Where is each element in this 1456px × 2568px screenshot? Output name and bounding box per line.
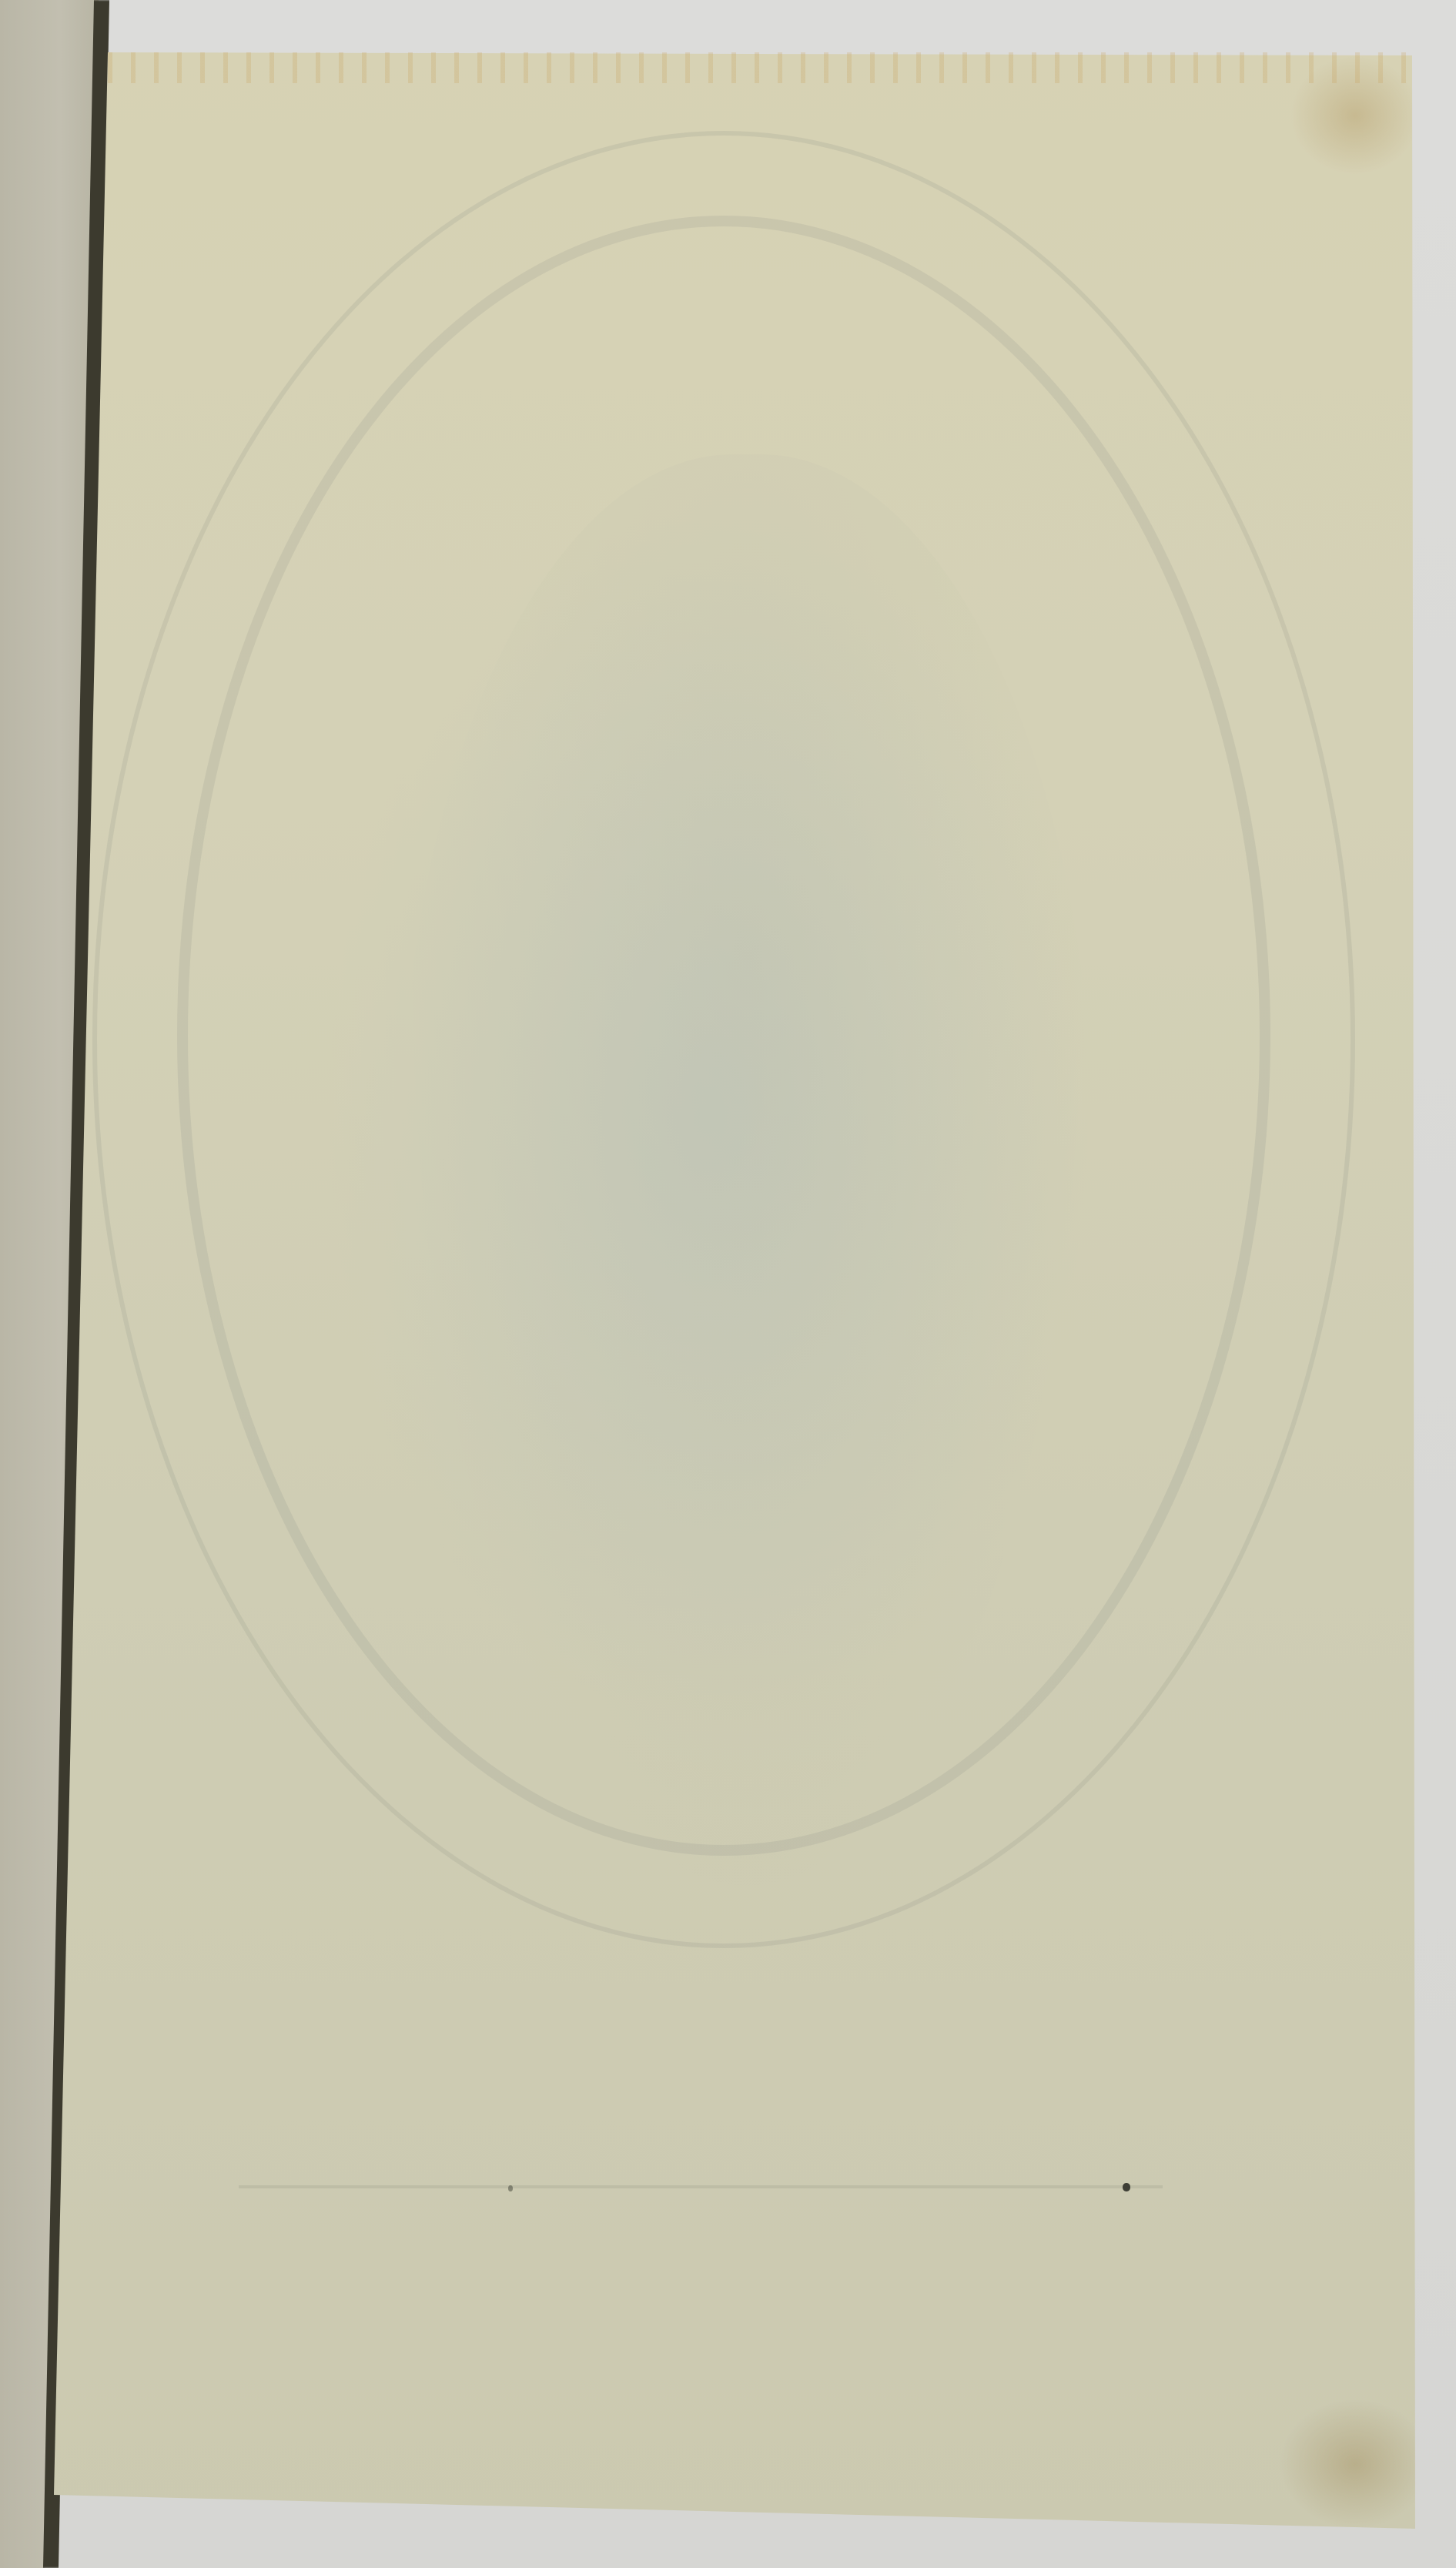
show-through-caption-rule	[239, 2185, 1163, 2188]
foxing-stain-top	[108, 52, 1412, 83]
ink-spot	[1123, 2183, 1130, 2191]
ink-spot	[508, 2185, 513, 2191]
show-through-portrait	[400, 454, 1093, 1917]
